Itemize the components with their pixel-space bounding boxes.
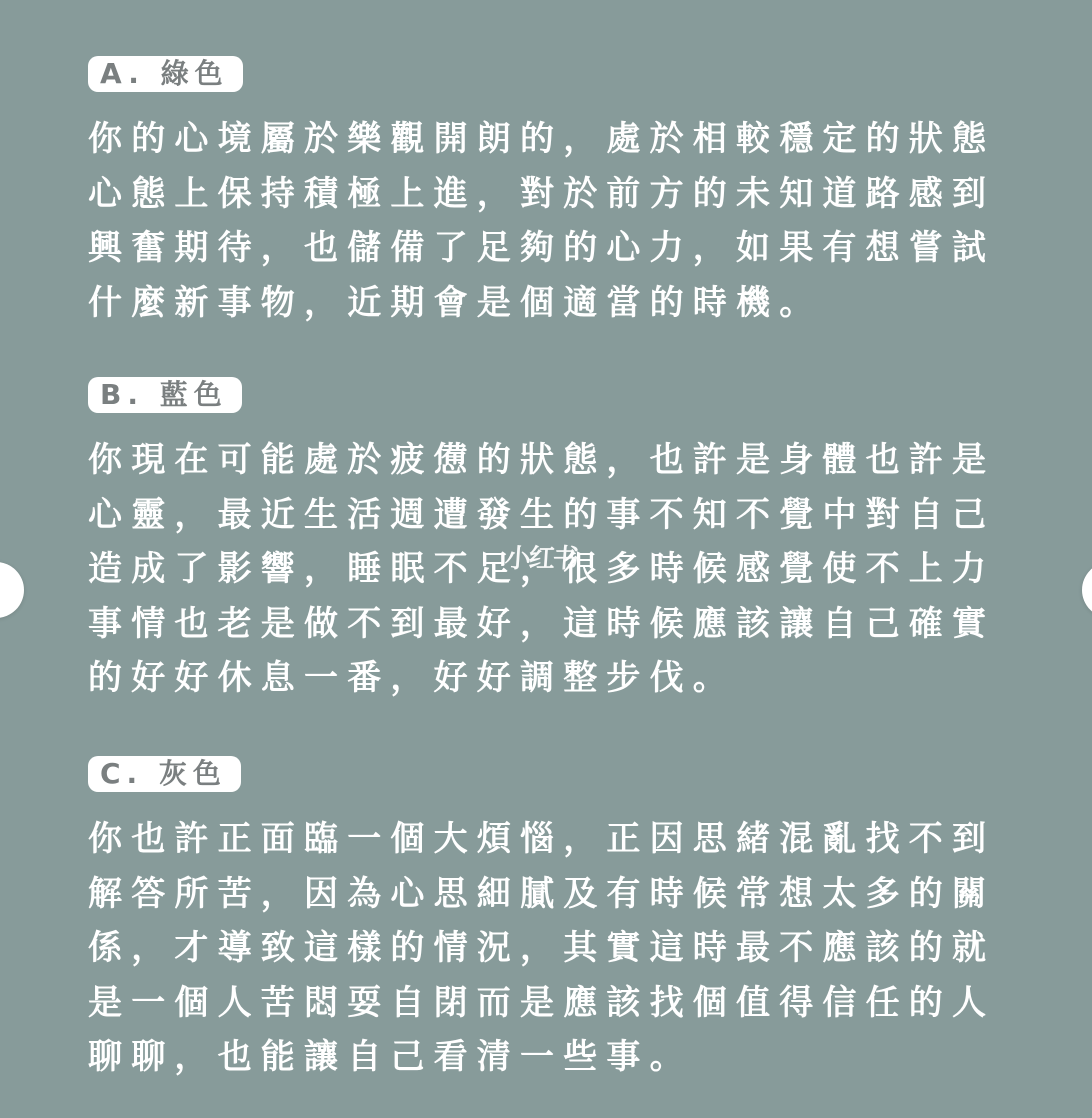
text-line: 心態上保持積極上進，對於前方的未知道路感到	[88, 167, 1028, 222]
text-line: 你的心境屬於樂觀開朗的，處於相較穩定的狀態	[88, 112, 1028, 167]
section-label-blue: B. 藍色	[88, 377, 242, 413]
section-label-gray: C. 灰色	[88, 756, 241, 792]
text-line: 心靈，最近生活週遭發生的事不知不覺中對自己	[88, 488, 1028, 543]
text-line: 興奮期待，也儲備了足夠的心力，如果有想嘗試	[88, 221, 1028, 276]
section-gray: C. 灰色 你也許正面臨一個大煩惱，正因思緒混亂找不到 解答所苦，因為心思細膩及…	[88, 756, 1028, 1085]
previous-image-button[interactable]	[0, 562, 24, 618]
text-line: 解答所苦，因為心思細膩及有時候常想太多的關	[88, 867, 1028, 922]
image-viewer: A. 綠色 你的心境屬於樂觀開朗的，處於相較穩定的狀態 心態上保持積極上進，對於…	[0, 0, 1092, 1118]
text-line: 是一個人苦悶耍自閉而是應該找個值得信任的人	[88, 976, 1028, 1031]
section-body-gray: 你也許正面臨一個大煩惱，正因思緒混亂找不到 解答所苦，因為心思細膩及有時候常想太…	[88, 812, 1028, 1085]
section-body-green: 你的心境屬於樂觀開朗的，處於相較穩定的狀態 心態上保持積極上進，對於前方的未知道…	[88, 112, 1028, 330]
section-green: A. 綠色 你的心境屬於樂觀開朗的，處於相較穩定的狀態 心態上保持積極上進，對於…	[88, 56, 1028, 330]
text-line: 的好好休息一番，好好調整步伐。	[88, 651, 1028, 706]
text-line: 聊聊，也能讓自己看清一些事。	[88, 1030, 1028, 1085]
text-line: 你現在可能處於疲憊的狀態，也許是身體也許是	[88, 433, 1028, 488]
section-label-green: A. 綠色	[88, 56, 243, 92]
text-line: 什麼新事物，近期會是個適當的時機。	[88, 276, 1028, 331]
xiaohongshu-watermark: 小红书	[504, 538, 579, 575]
next-image-button[interactable]	[1082, 562, 1092, 618]
text-line: 事情也老是做不到最好，這時候應該讓自己確實	[88, 597, 1028, 652]
text-line: 你也許正面臨一個大煩惱，正因思緒混亂找不到	[88, 812, 1028, 867]
text-line: 係，才導致這樣的情況，其實這時最不應該的就	[88, 921, 1028, 976]
